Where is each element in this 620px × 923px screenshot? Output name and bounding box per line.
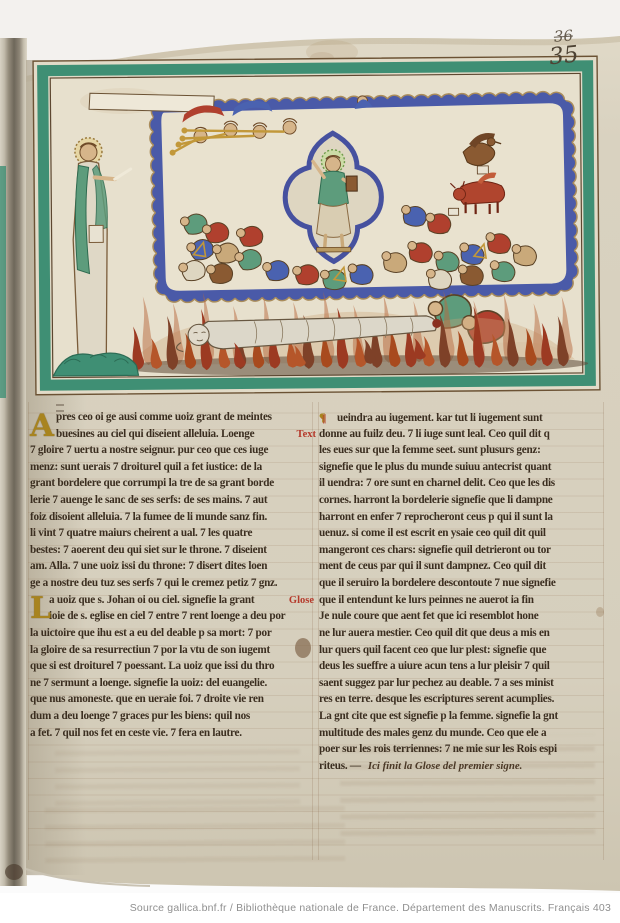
vertical-rule — [28, 402, 29, 860]
text-line: ne 7 sermunt a loenge. signefie la uoiz:… — [30, 675, 316, 692]
text-line: que si est droiturel 7 poessant. La uoiz… — [30, 658, 316, 675]
text-line: ueindra au iugement. kar tut li iugement… — [337, 412, 542, 424]
text-line: donne au fuilz deu. 7 li iuge sunt leal.… — [319, 426, 607, 443]
text-line: ne lur auera mestier. Ceo quil dit que d… — [319, 625, 607, 642]
paraph-mark: ¶ — [319, 409, 337, 426]
book-icon — [449, 208, 459, 215]
text-line: lur quers quil facent ceo que lur plest:… — [319, 642, 607, 659]
verso-show-through — [45, 799, 345, 863]
text-line: dum a deu loenge 7 graces pur les biens:… — [30, 708, 316, 725]
miniature-illustration — [32, 55, 602, 397]
text-line: mangeront ces chars: signefie quil detri… — [319, 542, 607, 559]
text-line: lerie 7 auenge le sanc de ses serfs: de … — [30, 492, 316, 509]
text-line: buesines au ciel qui diseient alleluia. … — [30, 426, 316, 443]
source-caption: Source gallica.bnf.fr / Bibliothèque nat… — [130, 902, 620, 914]
text-line: bestes: 7 aoerent deu qui siet sur le th… — [30, 542, 316, 559]
illuminated-initial-a: A — [30, 408, 54, 444]
text-line: poer sur les rois terriennes: 7 ne mie s… — [319, 741, 607, 758]
book-icon — [346, 176, 357, 191]
text-line: cornes. harront la bordelerie signefie q… — [319, 492, 607, 509]
text-line: que il entendunt ke lurs peinnes ne auer… — [319, 592, 607, 609]
text-line: a uoiz que s. Johan oi ou ciel. signefie… — [30, 592, 316, 609]
text-line: la gloire de sa resurrectiun 7 por la vt… — [30, 642, 316, 659]
text-line: 7 gloire 7 uertu a nostre seignur. pur c… — [30, 442, 316, 459]
text-line: pres ceo oi ge ausi comme uoiz grant de … — [30, 409, 316, 426]
text-line: la uictoire que ihu est a eu del deable … — [30, 625, 316, 642]
text-line: riteus. — — [319, 760, 361, 772]
text-line: saent suggez par lur pechez au deable. 7… — [319, 675, 607, 692]
text-line: grant bordelere que corrumpi la tre de s… — [30, 475, 316, 492]
book-icon — [477, 166, 488, 174]
text-line: ge a nostre deu tuz ses serfs 7 qui le c… — [30, 575, 316, 592]
text-line: multitude des males genz du munde. Ceo q… — [319, 725, 607, 742]
folio-number: 36 35 — [545, 28, 580, 71]
manuscript-text-column-right: ¶ueindra au iugement. kar tut li iugemen… — [319, 409, 607, 774]
rubric-glose: Glose — [289, 594, 314, 608]
text-line: il uendra: 7 ore sunt en charnel delit. … — [319, 475, 607, 492]
text-line: uenuz. si come il est escrit en ysaie ce… — [319, 525, 607, 542]
digitized-manuscript-photo: 36 35 — [0, 0, 620, 923]
text-line: harront en enfer 7 reprocheront ceus p q… — [319, 509, 607, 526]
folio-number-current: 35 — [548, 43, 580, 69]
text-line: foiz disoient alleluia. 7 la fumee de li… — [30, 509, 316, 526]
rubric-text: Text — [297, 428, 316, 442]
caption-bar: Source gallica.bnf.fr / Bibliothèque nat… — [0, 893, 620, 923]
text-line: am. Alla. 7 une uoiz issi du throne: 7 d… — [30, 558, 316, 575]
text-line: les eues sur que la femme seet. sunt plu… — [319, 442, 607, 459]
text-line: ment de ceus par qui il sunt dampnez. Ce… — [319, 558, 607, 575]
text-line: que nus amoneste. que en ueraie foi. 7 d… — [30, 691, 316, 708]
manuscript-text-column-left: A L Text Glose pres ceo oi ge ausi comme… — [30, 409, 316, 741]
facing-page-border-sliver — [0, 166, 6, 398]
text-line: La gnt cite que est signefie p la femme.… — [319, 708, 607, 725]
colophon: Ici finit la Glose del premier signe. — [368, 760, 522, 772]
verso-show-through — [55, 749, 300, 806]
text-line: Je nule coure que aent fet que ici resem… — [319, 608, 607, 625]
book-gutter — [0, 38, 27, 886]
text-line: li vint 7 quatre maiurs cheirent a ual. … — [30, 525, 316, 542]
text-line: ioie de s. eglise en ciel 7 entre 7 rent… — [30, 608, 316, 625]
text-line: res en terre. desque les escriptures ser… — [319, 691, 607, 708]
text-line: que il seruiro la bordelere descontoute … — [319, 575, 607, 592]
text-line: signefie que le plus du munde suiuu ante… — [319, 459, 607, 476]
text-line: a fet. 7 quil nos fet en ceste vie. 7 fe… — [30, 725, 316, 742]
illuminated-initial-l: L — [30, 591, 51, 626]
text-line: menz: sunt uerais 7 droiturel quil a fet… — [30, 459, 316, 476]
text-line: deus les sueffre a uiure acun tens a lur… — [319, 658, 607, 675]
